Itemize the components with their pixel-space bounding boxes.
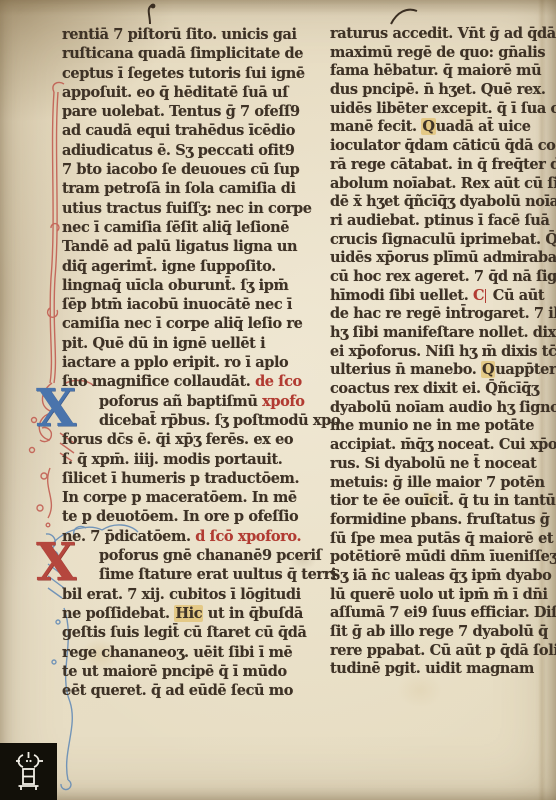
text-line: dyabolū noīam audio hʒ ſigno bbox=[330, 399, 548, 418]
body-text: ut in q̄buſdā bbox=[203, 605, 303, 622]
text-line: dus pncipē. n̄ hʒet. Quē rex. bbox=[330, 81, 548, 100]
paragraph-mark: C bbox=[473, 287, 484, 306]
body-text: abolum noīabat. Rex aūt cū ſi bbox=[330, 175, 556, 192]
text-line: iactare a pplo eripit. ro ī aplo bbox=[62, 353, 280, 372]
body-text: ri audiebat. ptinus ī facē ſuā bbox=[330, 212, 549, 229]
text-line: Tandē ad palū ligatus ligna un bbox=[62, 237, 280, 256]
body-text: Q bbox=[481, 361, 495, 378]
text-line: uidēs libēter excepit. q̄ ī ſua curia bbox=[330, 100, 548, 119]
body-text: crucis ſignaculū iprimebat. Q̄d bbox=[330, 231, 556, 248]
body-text: ne. 7 p̄dicatōem. bbox=[62, 528, 195, 545]
body-text: fama hēbatur. q̄ maiorē mū bbox=[330, 62, 541, 79]
text-line: appoſuit. eo q̄ hēditatē ſuā uſ bbox=[62, 83, 280, 102]
body-text: In corpe p maceratōem. In mē bbox=[62, 489, 297, 506]
text-line: ruſticana quadā ſimplicitate de bbox=[62, 44, 280, 63]
body-text: adiudicatus ē. Sʒ peccati ofit9 bbox=[62, 142, 294, 159]
text-line: ei xp̄oforus. Niſi hʒ m̄ dixis tc̄m bbox=[330, 343, 548, 362]
body-text: ſēp btm̄ iacobū inuocātē nec ī bbox=[62, 296, 292, 313]
body-text: raturus accedit. Vn̄t ḡ ad q̄dā bbox=[330, 25, 556, 42]
body-text: ulterius n̄ manebo. bbox=[330, 361, 481, 378]
body-text: pare uolebat. Tentus ḡ 7 ofeſſ9 bbox=[62, 103, 300, 120]
body-text: uapp̄ter bbox=[495, 361, 556, 378]
body-text: uadā at̄ uice bbox=[436, 118, 531, 135]
text-line: abolum noīabat. Rex aūt cū ſi bbox=[330, 175, 548, 194]
body-text: ioculator q̄dam cāticū q̄dā co bbox=[330, 137, 555, 154]
body-text: iactare a pplo eripit. ro ī aplo bbox=[62, 354, 288, 371]
text-line: pit. Quē dū in ignē uellēt i bbox=[62, 334, 280, 353]
text-line: manē fecit. Quadā at̄ uice bbox=[330, 118, 548, 137]
body-text: Hic bbox=[174, 605, 203, 622]
text-line: raturus accedit. Vn̄t ḡ ad q̄dā bbox=[330, 25, 548, 44]
manuscript-page: rentiā 7 piſtorū ſito. unicis gairuſtica… bbox=[0, 0, 556, 800]
text-line: ne poſſidebat. Hic ut in q̄buſdā bbox=[62, 604, 280, 623]
body-text: camiſia nec ī corpe aliq̄ leſio re bbox=[62, 315, 302, 332]
body-text: ei xp̄oforus. Niſi hʒ m̄ dixis tc̄m bbox=[330, 343, 556, 360]
body-text: ruſticana quadā ſimplicitate de bbox=[62, 45, 303, 62]
body-text: rentiā 7 piſtorū ſito. unicis gai bbox=[62, 26, 297, 43]
text-line: tram petroſā in ſola camiſia di bbox=[62, 179, 280, 198]
body-text: forus dc̄s ē. q̄i xp̄ʒ ferēs. ex eo bbox=[62, 431, 293, 448]
text-line: geſtis ſuis legit̄ cū ſtaret cū q̄dā bbox=[62, 623, 280, 642]
body-text: nec ī camiſia ſēſit aliq̄ leſionē bbox=[62, 219, 289, 236]
body-text: pit. Quē dū in ignē uellēt i bbox=[62, 335, 265, 352]
text-line: hīmodi ſibi uellet. C Cū aūt bbox=[330, 287, 548, 306]
text-line: ſit ḡ ab illo rege 7 dyabolū q̄ bbox=[330, 623, 548, 642]
text-line: lingnaq̄ uīcla oburunt̄. ſʒ ipm̄ bbox=[62, 276, 280, 295]
text-line: forus dc̄s ē. q̄i xp̄ʒ ferēs. ex eo bbox=[62, 430, 280, 449]
body-text: ne poſſidebat. bbox=[62, 605, 174, 622]
body-text: Q bbox=[421, 118, 435, 135]
body-text: geſtis ſuis legit̄ cū ſtaret cū q̄dā bbox=[62, 624, 307, 641]
text-line: te p deuotōem. In ore p ofeſſio bbox=[62, 507, 280, 526]
body-text: accipiat. m̄q̄ʒ noceat. Cui xp̄ofo bbox=[330, 436, 556, 453]
rubric-text: d ſcō xpoforo. bbox=[195, 528, 301, 545]
body-text: 7 bto iacobo ſe deuoues cū ſup bbox=[62, 161, 299, 178]
body-text: dē x̄ hʒet q̄ñcīq̄ʒ dyabolū noīa bbox=[330, 193, 556, 210]
text-line: rā rege cātabat. in q̄ freq̄ter dy bbox=[330, 156, 548, 175]
text-line: pare uolebat. Tentus ḡ 7 ofeſſ9 bbox=[62, 102, 280, 121]
text-line: aſſumā 7 ei9 ſuus efficiar. Diſce bbox=[330, 604, 548, 623]
text-line: eēt queret. q̄ ad eūdē ſecū mo bbox=[62, 681, 280, 700]
body-text: Sʒ iā n̄c ualeas q̄ʒ ipm̄ dyabo bbox=[330, 567, 551, 584]
body-text: potētiorē mūdi dn̄m īueniſſeʒ. bbox=[330, 548, 556, 565]
body-text: rā rege cātabat. in q̄ freq̄ter dy bbox=[330, 156, 556, 173]
body-text: rus. Si dyabolū ne t̄ noceat bbox=[330, 455, 536, 472]
text-line: In corpe p maceratōem. In mē bbox=[62, 488, 280, 507]
text-line: diq̄ agerimt̄. igne ſuppoſito. bbox=[62, 257, 280, 276]
body-text: lū querē uolo ut ipm̄ m̄ ī dn̄i bbox=[330, 586, 548, 603]
body-text: diq̄ agerimt̄. igne ſuppoſito. bbox=[62, 258, 276, 275]
body-text: dyabolū noīam audio hʒ ſigno bbox=[330, 399, 556, 416]
text-line: te ut maiorē pncipē q̄ ī mūdo bbox=[62, 662, 280, 681]
body-text: me munio ne in me potāte bbox=[330, 417, 534, 434]
body-text: dicebat̄ rp̄bus. ſʒ poſtmodū xpo bbox=[99, 412, 340, 429]
body-text: appoſuit. eo q̄ hēditatē ſuā uſ bbox=[62, 84, 288, 101]
body-text: Tandē ad palū ligatus ligna un bbox=[62, 238, 297, 255]
gate-tower-icon bbox=[0, 743, 57, 800]
body-text: eēt queret. q̄ ad eūdē ſecū mo bbox=[62, 682, 293, 699]
text-line: ſū ſpe mea putās q̄ maiorē et bbox=[330, 530, 548, 549]
text-line: ſime ſtature erat uultus q̄ terri bbox=[62, 565, 280, 584]
text-line: cū hoc rex ageret. 7 q̄d nā ſignū bbox=[330, 268, 548, 287]
text-line: de hac re regē int̄rogaret. 7 ille bbox=[330, 305, 548, 324]
text-line: ad caudā equi trahēdus īcēdio bbox=[62, 121, 280, 140]
body-text: ceptus ī ſegetes tutoris ſui ignē bbox=[62, 65, 305, 82]
text-line: ne. 7 p̄dicatōem. d ſcō xpoforo. bbox=[62, 527, 280, 546]
text-line: ioculator q̄dam cāticū q̄dā co bbox=[330, 137, 548, 156]
body-text: metuis: ḡ ille maior 7 potēn bbox=[330, 474, 545, 491]
text-line: ulterius n̄ manebo. Quapp̄ter bbox=[330, 361, 548, 380]
text-line: poforus añ baptiſmū xpofo bbox=[62, 392, 280, 411]
body-text: cū hoc rex ageret. 7 q̄d nā ſignū bbox=[330, 268, 556, 285]
text-line: rus. Si dyabolū ne t̄ noceat bbox=[330, 455, 548, 474]
text-line: dicebat̄ rp̄bus. ſʒ poſtmodū xpo bbox=[62, 411, 280, 430]
body-text: ſit ḡ ab illo rege 7 dyabolū q̄ bbox=[330, 623, 548, 640]
text-line: coactus rex dixit ei. Q̄ñcīq̄ʒ bbox=[330, 380, 548, 399]
rubric-text: xpofo bbox=[262, 393, 304, 410]
body-text: uidēs libēter excepit. q̄ ī ſua curia bbox=[330, 100, 556, 117]
text-line: ſuo magnifice collaudāt. de ſco bbox=[62, 372, 280, 391]
body-text: poforus gnē chananē9 pceriſ bbox=[99, 547, 321, 564]
body-text: ſime ſtature erat uultus q̄ terri bbox=[99, 566, 336, 583]
text-line: Sʒ iā n̄c ualeas q̄ʒ ipm̄ dyabo bbox=[330, 567, 548, 586]
text-line: potētiorē mūdi dn̄m īueniſſeʒ. bbox=[330, 548, 548, 567]
text-line: poforus gnē chananē9 pceriſ bbox=[62, 546, 280, 565]
text-line: ſ. q̄ xpm̄. iiij. modis portauit. bbox=[62, 450, 280, 469]
body-text: ſū ſpe mea putās q̄ maiorē et bbox=[330, 530, 553, 547]
text-line: 7 bto iacobo ſe deuoues cū ſup bbox=[62, 160, 280, 179]
body-text: bil erat. 7 xij. cubitos ī lōgitudi bbox=[62, 586, 301, 603]
body-text: poforus añ baptiſmū bbox=[99, 393, 262, 410]
text-line: accipiat. m̄q̄ʒ noceat. Cui xp̄ofo bbox=[330, 436, 548, 455]
body-text: maximū regē de quo: gn̄alis bbox=[330, 44, 545, 61]
text-line: fama hēbatur. q̄ maiorē mū bbox=[330, 62, 548, 81]
body-text: lingnaq̄ uīcla oburunt̄. ſʒ ipm̄ bbox=[62, 277, 288, 294]
text-line: ceptus ī ſegetes tutoris ſui ignē bbox=[62, 64, 280, 83]
rubric-text: de ſco bbox=[255, 373, 302, 390]
text-line: rege chananeoʒ. uēit ſibi ī mē bbox=[62, 643, 280, 662]
text-line: bil erat. 7 xij. cubitos ī lōgitudi bbox=[62, 585, 280, 604]
body-text: formidine pbans. fruſtatus ḡ bbox=[330, 511, 549, 528]
body-text: ſ. q̄ xpm̄. iiij. modis portauit. bbox=[62, 451, 282, 468]
body-text: tudinē pgit. uidit magnam bbox=[330, 660, 534, 677]
text-line: me munio ne in me potāte bbox=[330, 417, 548, 436]
text-line: dē x̄ hʒet q̄ñcīq̄ʒ dyabolū noīa bbox=[330, 193, 548, 212]
text-line: uidēs xp̄orus plīmū admirabat̄ bbox=[330, 249, 548, 268]
text-line: rere ppabat. Cū aūt p q̄dā ſoli bbox=[330, 642, 548, 661]
body-text: te ut maiorē pncipē q̄ ī mūdo bbox=[62, 663, 287, 680]
library-stamp bbox=[0, 743, 57, 800]
body-text: rere ppabat. Cū aūt p q̄dā ſoli bbox=[330, 642, 556, 659]
body-text: de hac re regē int̄rogaret. 7 ille bbox=[330, 305, 556, 322]
text-line: tudinē pgit. uidit magnam bbox=[330, 660, 548, 679]
body-text: manē fecit. bbox=[330, 118, 421, 135]
text-line: utius tractus fuiſſʒ: nec in corpe bbox=[62, 199, 280, 218]
text-line: hʒ ſibi manifeſtare nollet. dixit bbox=[330, 324, 548, 343]
text-line: tior te ēe ouīcit̄. q̄ tu in tantūʒ bbox=[330, 492, 548, 511]
body-text: tior te ēe ouīcit̄. q̄ tu in tantūʒ bbox=[330, 492, 556, 509]
initial-letter-christophorus-red: X bbox=[36, 537, 76, 589]
initial-letter-christophorus-blue: X bbox=[36, 383, 76, 435]
body-text: aſſumā 7 ei9 ſuus efficiar. Diſce bbox=[330, 604, 556, 621]
body-text: uidēs xp̄orus plīmū admirabat̄ bbox=[330, 249, 556, 266]
body-text: dus pncipē. n̄ hʒet. Quē rex. bbox=[330, 81, 546, 98]
text-line: crucis ſignaculū iprimebat. Q̄d bbox=[330, 231, 548, 250]
text-line: maximū regē de quo: gn̄alis bbox=[330, 44, 548, 63]
body-text: ad caudā equi trahēdus īcēdio bbox=[62, 122, 295, 139]
body-text: tram petroſā in ſola camiſia di bbox=[62, 180, 296, 197]
body-text: te p deuotōem. In ore p ofeſſio bbox=[62, 508, 298, 525]
body-text: rege chananeoʒ. uēit ſibi ī mē bbox=[62, 644, 292, 661]
body-text: hīmodi ſibi uellet. bbox=[330, 287, 473, 304]
text-line: camiſia nec ī corpe aliq̄ leſio re bbox=[62, 314, 280, 333]
body-text: ſilicet ī humeris p traductōem. bbox=[62, 470, 299, 487]
text-line: nec ī camiſia ſēſit aliq̄ leſionē bbox=[62, 218, 280, 237]
body-text: ſuo magnifice collaudāt. bbox=[62, 373, 255, 390]
text-line: ri audiebat. ptinus ī facē ſuā bbox=[330, 212, 548, 231]
body-text: utius tractus fuiſſʒ: nec in corpe bbox=[62, 200, 312, 217]
text-line: ſilicet ī humeris p traductōem. bbox=[62, 469, 280, 488]
text-line: metuis: ḡ ille maior 7 potēn bbox=[330, 474, 548, 493]
body-text: Cū aūt bbox=[488, 287, 544, 304]
left-text-column: rentiā 7 piſtorū ſito. unicis gairuſtica… bbox=[62, 25, 280, 700]
text-line: formidine pbans. fruſtatus ḡ bbox=[330, 511, 548, 530]
text-line: ſēp btm̄ iacobū inuocātē nec ī bbox=[62, 295, 280, 314]
text-line: rentiā 7 piſtorū ſito. unicis gai bbox=[62, 25, 280, 44]
text-line: adiudicatus ē. Sʒ peccati ofit9 bbox=[62, 141, 280, 160]
body-text: hʒ ſibi manifeſtare nollet. dixit bbox=[330, 324, 556, 341]
text-line: lū querē uolo ut ipm̄ m̄ ī dn̄i bbox=[330, 586, 548, 605]
right-text-column: raturus accedit. Vn̄t ḡ ad q̄dāmaximū re… bbox=[330, 25, 548, 679]
body-text: coactus rex dixit ei. Q̄ñcīq̄ʒ bbox=[330, 380, 539, 397]
